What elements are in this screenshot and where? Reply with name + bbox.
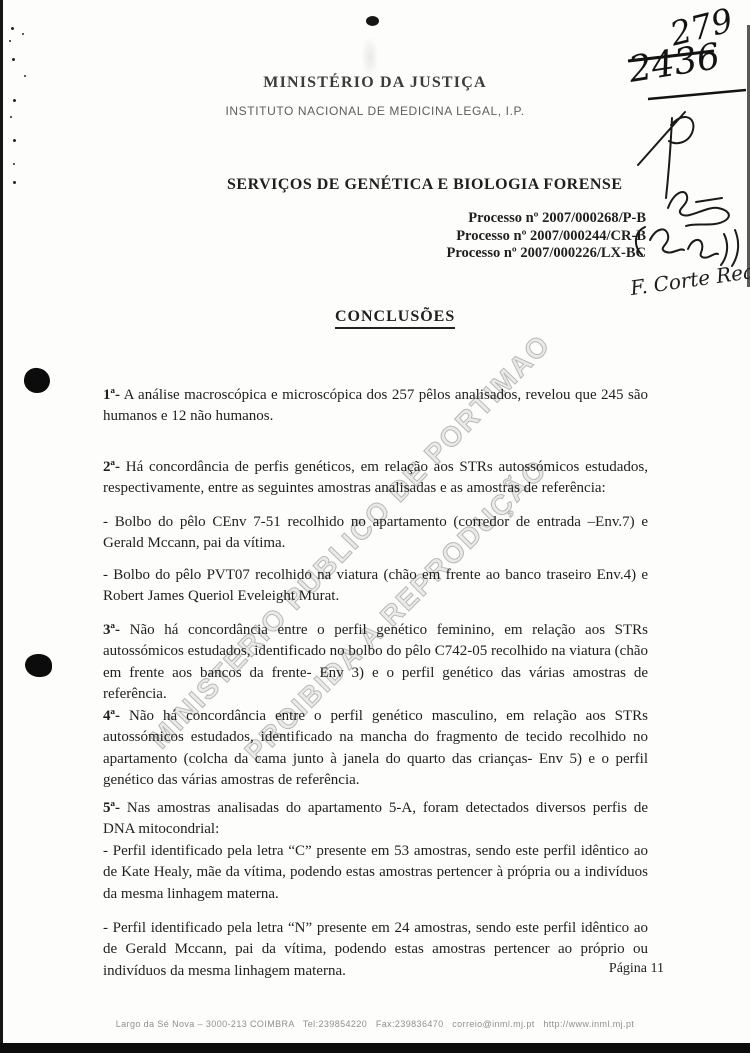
paragraph-ordinal: 1ª-: [103, 387, 120, 403]
underline-stroke: [648, 90, 746, 99]
paragraph-text: Nas amostras analisadas do apartamento 5…: [103, 800, 648, 902]
paragraph-text: A análise macroscópica e microscópica do…: [103, 387, 648, 425]
handwritten-number-2436: 2436: [625, 36, 723, 91]
scan-speck: [22, 33, 24, 35]
conclusion-paragraph-1: 1ª- A análise macroscópica e microscópic…: [103, 363, 648, 428]
ink-dot: [366, 16, 379, 26]
paragraph-ordinal: 4ª-: [103, 708, 120, 724]
hole-punch-mark: [22, 366, 51, 394]
scan-bottom-bar: [0, 1043, 750, 1053]
scan-edge-left: [0, 0, 3, 1043]
ink-smudge: [361, 36, 379, 78]
paragraph-ordinal: 3ª-: [103, 622, 120, 638]
paragraph-ordinal: 5ª-: [103, 800, 120, 816]
hole-punch-mark: [25, 654, 52, 677]
paragraph-text: - Perfil identificado pela letra “N” pre…: [103, 920, 648, 979]
signature-name: F. Corte Real: [628, 258, 750, 300]
conclusion-bullet-profile-n: - Perfil identificado pela letra “N” pre…: [103, 896, 648, 982]
scan-speck: [13, 99, 16, 102]
scanned-document-page: MINISTERIO PUBLICO DE PORTIMAO PROIBIDA …: [0, 0, 750, 1053]
service-heading: SERVIÇOS DE GENÉTICA E BIOLOGIA FORENSE: [227, 176, 622, 194]
scan-speck: [13, 163, 15, 165]
signature-flourish: [636, 112, 738, 266]
paragraph-ordinal: 2ª-: [103, 459, 120, 475]
conclusion-paragraph-5: 5ª- Nas amostras analisadas do apartamen…: [103, 776, 648, 905]
footer-address: Largo da Sé Nova – 3000-213 COIMBRA Tel:…: [0, 1019, 750, 1029]
conclusions-heading: CONCLUSÕES: [335, 308, 455, 329]
page-number: Página 11: [609, 961, 664, 977]
handwritten-numbers: 279 2436: [600, 0, 750, 112]
scan-speck: [11, 27, 14, 30]
scan-speck: [9, 40, 11, 42]
scan-speck: [13, 139, 16, 142]
scan-speck: [13, 181, 16, 184]
scan-speck: [12, 58, 15, 61]
handwritten-signature: F. Corte Real: [612, 100, 750, 300]
